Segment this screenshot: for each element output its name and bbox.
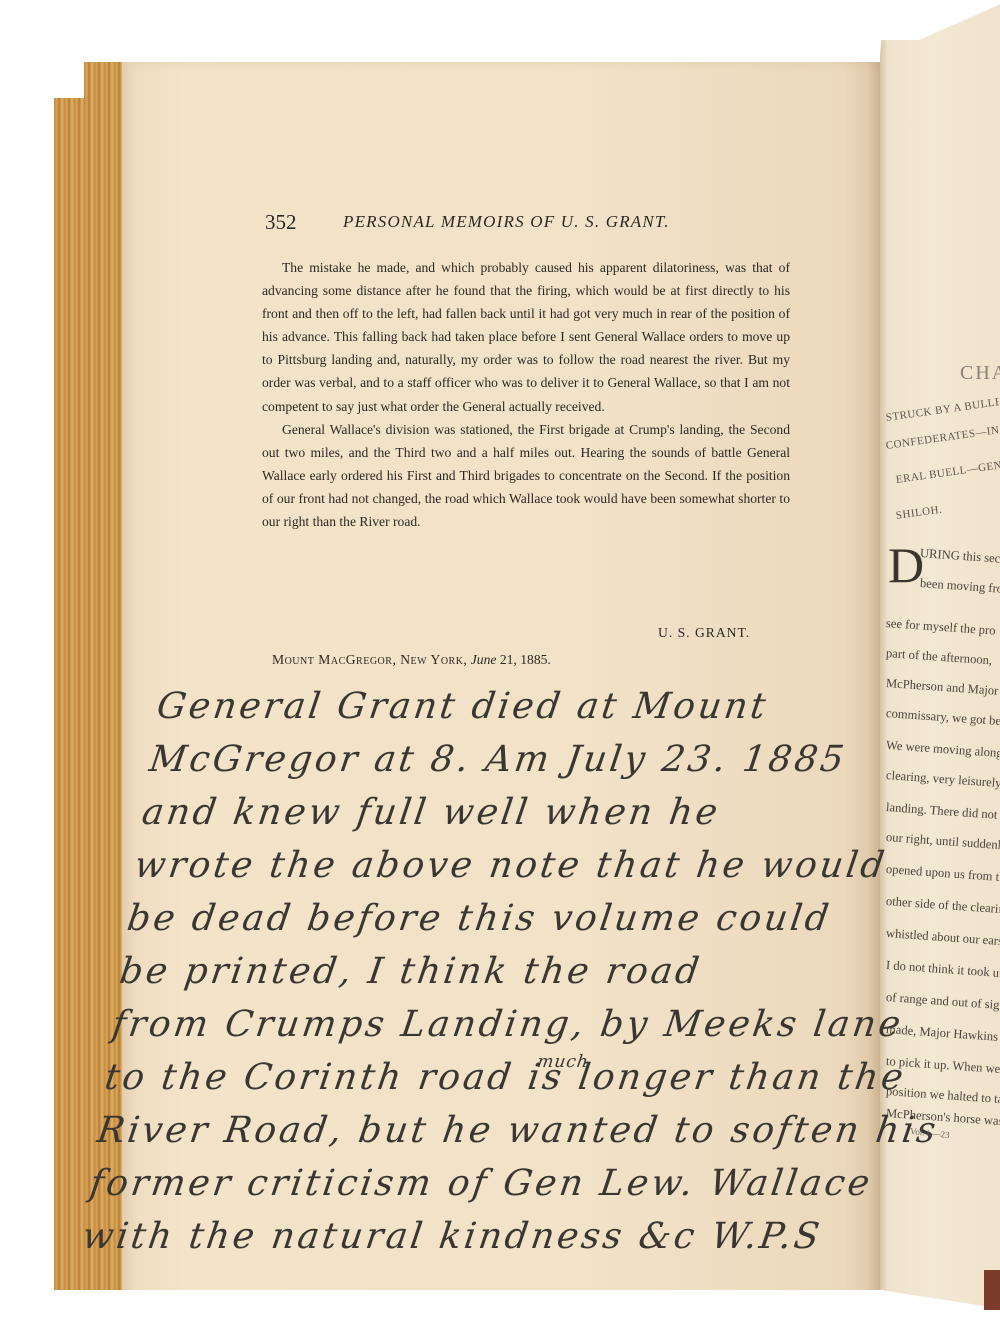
handwritten-insertion: much (533, 1036, 592, 1089)
printed-body: The mistake he made, and which probably … (262, 256, 790, 533)
handwritten-line: wrote the above note that he would (131, 839, 878, 892)
handwritten-line: from Crumps Landing, by Meeks lane (109, 998, 856, 1051)
handwritten-line: be dead before this volume could (124, 892, 871, 945)
signature: U. S. GRANT. (658, 625, 750, 641)
handwritten-note: General Grant died at Mount McGregor at … (79, 680, 901, 1263)
paragraph: The mistake he made, and which probably … (262, 256, 790, 418)
book-binding (984, 1270, 1000, 1310)
background (54, 62, 84, 98)
handwritten-line: General Grant died at Mount (154, 680, 901, 733)
running-title: PERSONAL MEMOIRS OF U. S. GRANT. (343, 212, 670, 232)
dateline: Mount MacGregor, New York, June 21, 1885… (272, 652, 551, 668)
handwritten-line: with the natural kindness &c W.P.S (79, 1210, 826, 1263)
page-number: 352 (265, 210, 297, 235)
handwritten-line: River Road, but he wanted to soften his (94, 1104, 841, 1157)
handwritten-line: be printed, I think the road (116, 945, 863, 998)
handwritten-line: and knew full well when he (139, 786, 886, 839)
dateline-month: June (471, 652, 497, 667)
chapter-heading: CHAP (960, 362, 1000, 385)
dateline-day-year: 21, 1885. (500, 652, 551, 667)
handwritten-line: to the Corinth road is longer than the (101, 1051, 848, 1104)
background (54, 1290, 884, 1333)
dateline-place: Mount MacGregor, New York, (272, 652, 467, 667)
running-head: 352 PERSONAL MEMOIRS OF U. S. GRANT. (265, 210, 785, 238)
paragraph: General Wallace's division was stationed… (262, 418, 790, 533)
handwritten-line: former criticism of Gen Lew. Wallace (86, 1157, 833, 1210)
handwritten-line: McGregor at 8. Am July 23. 1885 (146, 733, 893, 786)
drop-cap: D (888, 540, 924, 590)
